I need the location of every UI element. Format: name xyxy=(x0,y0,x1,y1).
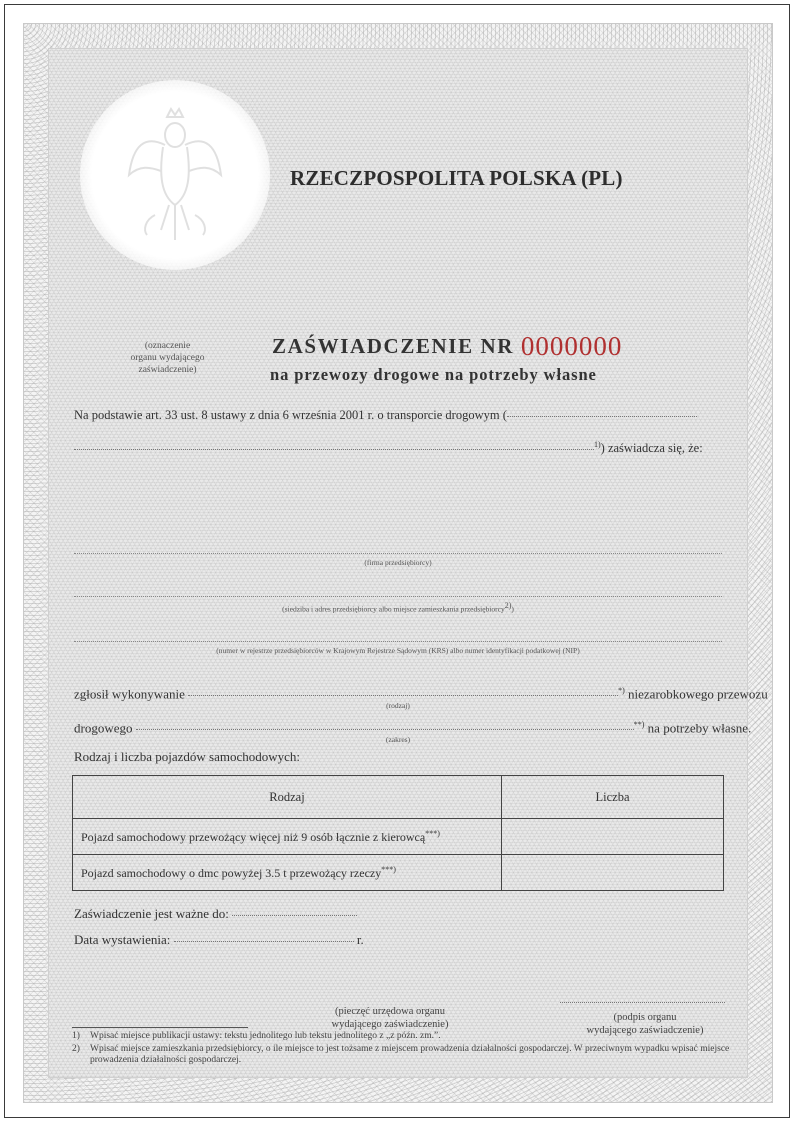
vehicle-type-text: Pojazd samochodowy o dmc powyżej 3.5 t p… xyxy=(81,866,381,880)
footnote-ref: 1) xyxy=(594,440,601,449)
road-suffix: na potrzeby własne. xyxy=(648,720,752,735)
publication-field[interactable] xyxy=(507,415,697,417)
intro-end-text: ) zaświadcza się, że: xyxy=(601,441,703,455)
firm-name-caption: (firma przedsiębiorcy) xyxy=(0,558,796,567)
footnote-mark: *) xyxy=(618,686,625,695)
certificate-title-prefix: ZAŚWIADCZENIE NR xyxy=(272,334,514,358)
vehicle-type-cell: Pojazd samochodowy przewożący więcej niż… xyxy=(73,819,502,855)
road-line: drogowego **) na potrzeby własne. xyxy=(74,720,751,736)
issuer-note-line: zaświadczenie) xyxy=(110,364,225,376)
register-number-field[interactable] xyxy=(74,641,722,642)
scope-caption: (zakres) xyxy=(0,735,796,744)
stamp-caption-line: (pieczęć urzędowa organu xyxy=(320,1005,460,1018)
table-header-row: Rodzaj Liczba xyxy=(73,776,724,819)
intro-line: Na podstawie art. 33 ust. 8 ustawy z dni… xyxy=(74,408,697,423)
type-caption: (rodzaj) xyxy=(0,701,796,710)
vehicles-table: Rodzaj Liczba Pojazd samochodowy przewoż… xyxy=(72,775,724,891)
footnote-mark: ***) xyxy=(425,829,440,838)
issue-date-field[interactable] xyxy=(174,940,354,942)
column-header-type: Rodzaj xyxy=(73,776,502,819)
issue-date-line: Data wystawienia: r. xyxy=(74,932,364,948)
column-header-count: Liczba xyxy=(502,776,724,819)
address-caption: (siedziba i adres przedsiębiorcy albo mi… xyxy=(0,601,796,614)
issue-date-suffix: r. xyxy=(357,932,364,947)
footnote-mark: ***) xyxy=(381,865,396,874)
table-row: Pojazd samochodowy o dmc powyżej 3.5 t p… xyxy=(73,855,724,891)
firm-name-field[interactable] xyxy=(74,553,722,554)
publication-field-continued[interactable] xyxy=(74,448,594,450)
footnote-mark: 1) xyxy=(72,1031,90,1042)
footnote-2: 2)Wpisać miejsce zamieszkania przedsiębi… xyxy=(72,1044,750,1066)
issuer-note-line: (oznaczenie xyxy=(110,340,225,352)
transport-type-field[interactable] xyxy=(188,694,618,696)
polish-eagle-emblem-icon xyxy=(125,105,225,245)
register-number-caption: (numer w rejestrze przedsiębiorców w Kra… xyxy=(0,646,796,655)
valid-until-label: Zaświadczenie jest ważne do: xyxy=(74,906,229,921)
reported-line: zgłosił wykonywanie *) niezarobkowego pr… xyxy=(74,686,768,702)
reported-suffix: niezarobkowego przewozu xyxy=(628,686,768,701)
vehicle-type-cell: Pojazd samochodowy o dmc powyżej 3.5 t p… xyxy=(73,855,502,891)
vehicle-type-text: Pojazd samochodowy przewożący więcej niż… xyxy=(81,830,425,844)
signature-caption-line: (podpis organu xyxy=(565,1011,725,1024)
vehicle-count-cell[interactable] xyxy=(502,819,724,855)
certificate-title: ZAŚWIADCZENIE NR 0000000 xyxy=(272,331,622,362)
issuer-note-line: organu wydającego xyxy=(110,352,225,364)
footnote-mark: 2) xyxy=(72,1044,90,1055)
address-caption-text: (siedziba i adres przedsiębiorcy albo mi… xyxy=(282,605,505,614)
scope-field[interactable] xyxy=(136,728,634,730)
footnote-text: Wpisać miejsce zamieszkania przedsiębior… xyxy=(90,1044,729,1065)
reported-prefix: zgłosił wykonywanie xyxy=(74,686,185,701)
footnote-1: 1)Wpisać miejsce publikacji ustawy: teks… xyxy=(72,1031,732,1042)
footnote-ref: 2) xyxy=(505,601,512,610)
vehicles-heading: Rodzaj i liczba pojazdów samochodowych: xyxy=(74,749,300,765)
road-prefix: drogowego xyxy=(74,720,133,735)
intro-continuation: 1)) zaświadcza się, że: xyxy=(74,440,703,456)
signature-field[interactable] xyxy=(560,1002,725,1003)
footnote-mark: **) xyxy=(634,720,645,729)
certificate-subtitle: na przewozy drogowe na potrzeby własne xyxy=(270,365,597,385)
intro-text: Na podstawie art. 33 ust. 8 ustawy z dni… xyxy=(74,408,507,422)
valid-until-field[interactable] xyxy=(232,914,357,916)
stamp-caption-line: wydającego zaświadczenie) xyxy=(320,1018,460,1031)
country-title: RZECZPOSPOLITA POLSKA (PL) xyxy=(290,166,623,191)
footnote-separator xyxy=(72,1027,248,1028)
address-field[interactable] xyxy=(74,596,722,597)
certificate-number: 0000000 xyxy=(521,331,623,361)
stamp-caption: (pieczęć urzędowa organu wydającego zaśw… xyxy=(320,1005,460,1031)
issue-date-label: Data wystawienia: xyxy=(74,932,170,947)
valid-until-line: Zaświadczenie jest ważne do: xyxy=(74,906,357,922)
issuer-designation-caption: (oznaczenie organu wydającego zaświadcze… xyxy=(110,340,225,376)
table-row: Pojazd samochodowy przewożący więcej niż… xyxy=(73,819,724,855)
vehicle-count-cell[interactable] xyxy=(502,855,724,891)
footnote-text: Wpisać miejsce publikacji ustawy: tekstu… xyxy=(90,1031,441,1041)
